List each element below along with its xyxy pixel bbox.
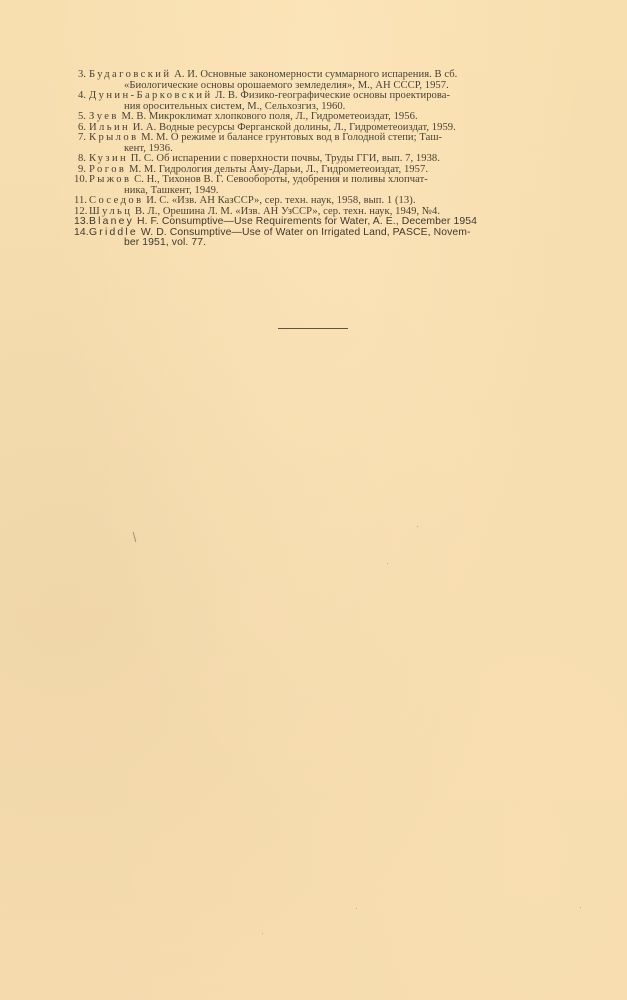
- reference-number: 13.: [74, 217, 86, 228]
- reference-author: Крылов: [89, 132, 138, 143]
- reference-number: 8.: [74, 154, 86, 165]
- reference-number: 10.: [74, 175, 86, 186]
- reference-text: М. В. Микроклимат хлопкового поля, Л., Г…: [119, 111, 418, 122]
- reference-text: W. D. Consumptive—Use of Water on Irriga…: [138, 227, 471, 238]
- reference-text: В. Л., Орешина Л. М. «Изв. АН УзССР», се…: [132, 206, 440, 217]
- reference-text: Л. В. Физико-географические основы проек…: [213, 90, 451, 101]
- reference-text: И. С. «Изв. АН КазССР», сер. техн. наук,…: [144, 195, 416, 206]
- scan-speck: [262, 933, 263, 934]
- scanned-page: 3.Будаговский А. И. Основные закономерно…: [0, 0, 627, 1000]
- reference-item: 7.Крылов М. М. О режиме и балансе грунто…: [74, 133, 569, 154]
- reference-item: 4.Дунин-Барковский Л. В. Физико-географи…: [74, 91, 569, 112]
- reference-number: 4.: [74, 91, 86, 102]
- reference-author: Дунин-Барковский: [89, 90, 213, 101]
- reference-author: Ильин: [89, 122, 130, 133]
- scan-speck: [580, 907, 581, 908]
- scan-speck: [387, 563, 388, 564]
- reference-author: Соседов: [89, 195, 144, 206]
- reference-text: М. М. Гидрология дельты Аму-Дарьи, Л., Г…: [126, 164, 428, 175]
- scan-mark: [133, 532, 137, 542]
- reference-continuation: ber 1951, vol. 77.: [74, 238, 569, 249]
- reference-author: Рыжов: [89, 174, 131, 185]
- reference-author: Шульц: [89, 206, 132, 217]
- reference-text: П. С. Об испарении с поверхности почвы, …: [128, 153, 440, 164]
- reference-author: Griddle: [89, 227, 138, 238]
- reference-number: 7.: [74, 133, 86, 144]
- scan-speck: [417, 526, 418, 527]
- reference-text: М. М. О режиме и балансе грунтовых вод в…: [138, 132, 442, 143]
- reference-number: 14.: [74, 228, 86, 239]
- reference-text: А. И. Основные закономерности суммарного…: [171, 69, 457, 80]
- reference-author: Кузин: [89, 153, 128, 164]
- reference-author: Будаговский: [89, 69, 171, 80]
- reference-text: H. F. Consumptive—Use Requirements for W…: [134, 216, 477, 227]
- reference-number: 5.: [74, 112, 86, 123]
- scan-speck: [356, 908, 357, 909]
- reference-author: Blaney: [89, 216, 134, 227]
- reference-text: С. Н., Тихонов В. Г. Севообороты, удобре…: [131, 174, 427, 185]
- reference-item: 10.Рыжов С. Н., Тихонов В. Г. Севооборот…: [74, 175, 569, 196]
- reference-number: 11.: [74, 196, 86, 207]
- reference-number: 3.: [74, 70, 86, 81]
- reference-item: 3.Будаговский А. И. Основные закономерно…: [74, 70, 569, 91]
- reference-author: Рогов: [89, 164, 126, 175]
- section-end-rule: [278, 328, 348, 329]
- reference-list: 3.Будаговский А. И. Основные закономерно…: [74, 70, 569, 249]
- reference-item: 14.Griddle W. D. Consumptive—Use of Wate…: [74, 228, 569, 249]
- reference-text: И. А. Водные ресурсы Ферганской долины, …: [130, 122, 456, 133]
- reference-author: Зуев: [89, 111, 119, 122]
